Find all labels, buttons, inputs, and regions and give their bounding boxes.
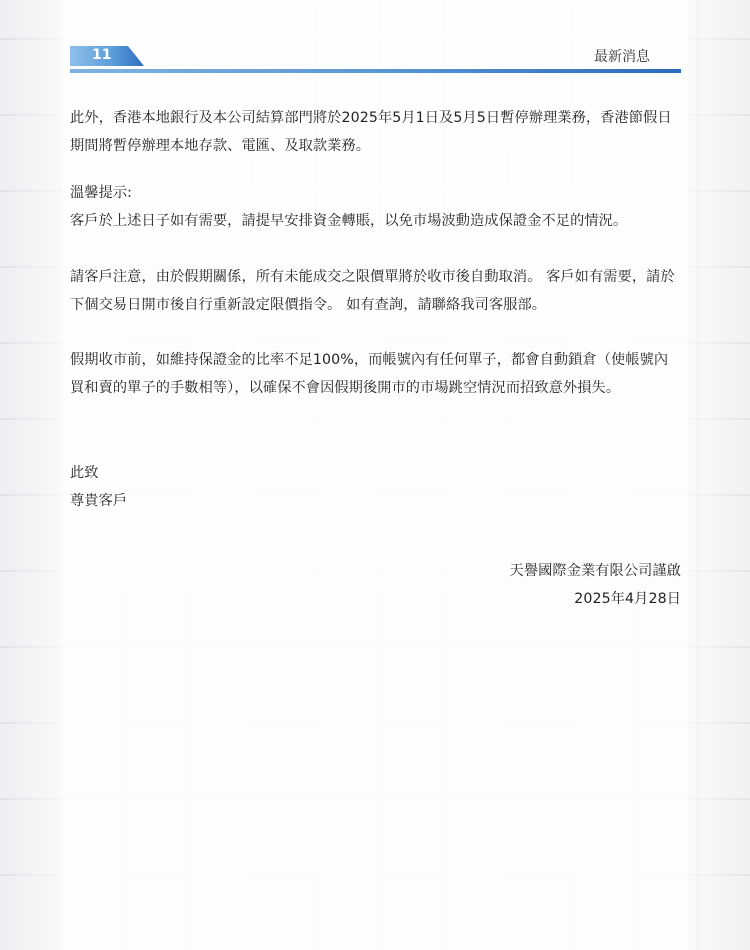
- page-number: 11: [92, 47, 111, 63]
- holiday-notice-paragraph: 此外，香港本地銀行及本公司結算部門將於2025年5月1日及5月5日暫停辦理業務，…: [70, 104, 682, 160]
- section-title: 最新消息: [594, 46, 650, 66]
- header-divider: [70, 69, 681, 73]
- tip-text: 客戶於上述日子如有需要，請提早安排資金轉賬，以免市場波動造成保證金不足的情況。: [70, 207, 682, 235]
- margin-lock-paragraph: 假期收市前，如維持保證金的比率不足100%，而帳號內有任何單子，都會自動鎖倉（使…: [70, 346, 682, 402]
- recipient: 尊貴客戶: [70, 487, 682, 515]
- signature: 天譽國際金業有限公司謹啟: [70, 557, 681, 585]
- letter-date: 2025年4月28日: [70, 585, 681, 613]
- tip-heading: 溫馨提示:: [70, 179, 682, 207]
- page-header: 11 最新消息: [70, 46, 681, 74]
- salutation: 此致: [70, 459, 682, 487]
- limit-order-paragraph: 請客戶注意，由於假期關係，所有未能成交之限價單將於收市後自動取消。 客戶如有需要…: [70, 263, 682, 319]
